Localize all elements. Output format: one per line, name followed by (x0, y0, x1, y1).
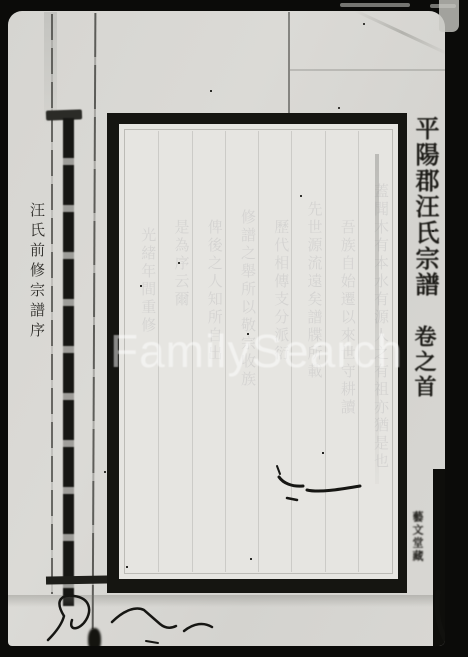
film-glint (340, 3, 410, 7)
ink-blob (88, 628, 101, 646)
colophon-edge-text: 藝文堂藏 (409, 511, 425, 591)
horizontal-crease (290, 69, 445, 71)
corner-reflection (354, 11, 445, 56)
scanned-page: 汪氏前修宗譜序 光緒年間重修 是為序云爾 俾後之人知所自出 修譜之舉所以敬宗收族… (8, 11, 445, 646)
dust-speckles (8, 11, 10, 13)
gutter-ink-bar (63, 118, 74, 606)
handwritten-margin-annotation: 汪氏前修宗譜序 (23, 202, 47, 362)
top-crease-line (288, 12, 290, 116)
frame-bottom-shadow (8, 595, 445, 607)
smudge-streak (375, 154, 379, 484)
film-edge-dark-patch (433, 469, 445, 646)
film-corner-tab (439, 0, 459, 32)
left-frame-bottom-rule (46, 575, 110, 584)
microfilm-frame: 汪氏前修宗譜序 光緒年間重修 是為序云爾 俾後之人知所自出 修譜之舉所以敬宗收族… (0, 0, 468, 657)
familysearch-watermark: FamilySearch (110, 324, 445, 378)
book-title-text: 平陽郡汪氏宗譜 (411, 116, 437, 298)
left-frame-edge-line (51, 14, 53, 594)
spine-crease-line (92, 13, 97, 646)
